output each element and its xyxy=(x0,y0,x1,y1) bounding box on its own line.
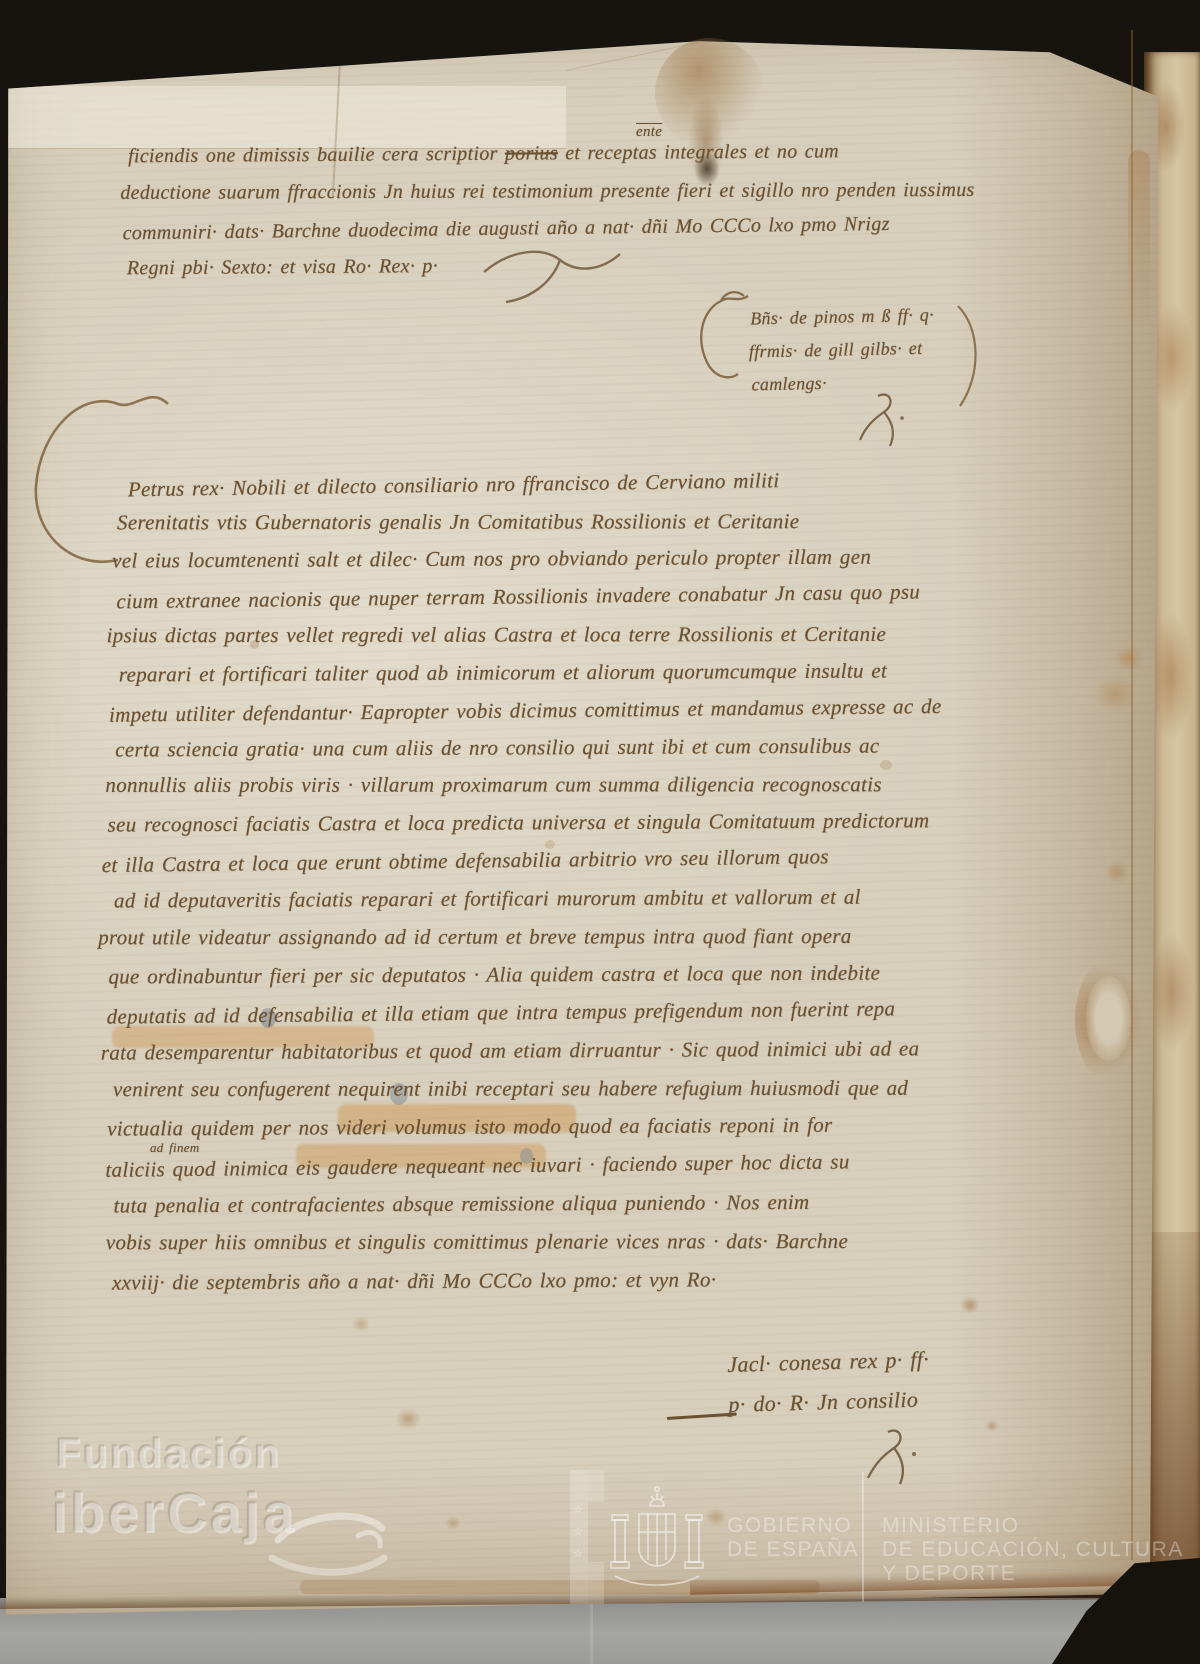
star-icon: ☆ xyxy=(573,1525,583,1538)
manuscript-scan: ente ficiendis one dimissis bauilie cera… xyxy=(0,0,1200,1664)
stain xyxy=(1105,860,1129,884)
signature-line: p· do· R· Jn consilio xyxy=(728,1387,918,1418)
closing-brace-icon xyxy=(952,302,986,412)
stain xyxy=(1150,932,1194,1052)
foxing-spot xyxy=(985,1420,999,1432)
ministerio-line2: DE EDUCACIÓN, CULTURA xyxy=(882,1538,1184,1562)
table-streak xyxy=(590,1598,593,1664)
manuscript-line: venirent seu confugerent nequirent inibi… xyxy=(113,1076,908,1102)
line-text: et receptas integrales et no cum xyxy=(558,140,839,164)
manuscript-line: deductione suarum ffraccionis Jn huius r… xyxy=(120,179,974,205)
manuscript-line: victualia quidem per nos videri volumus … xyxy=(107,1113,832,1142)
manuscript-line: certa sciencia gratia· una cum aliis de … xyxy=(115,734,879,763)
foxing-spot xyxy=(395,1408,421,1430)
ibercaja-logo-icon xyxy=(262,1498,394,1590)
star-icon: ☆ xyxy=(573,1503,583,1516)
manuscript-line: Regni pbi· Sexto: et visa Ro· Rex· p· xyxy=(127,255,438,280)
manuscript-line: rata desemparentur habitatoribus et quod… xyxy=(101,1036,920,1065)
pen-mark-icon xyxy=(850,392,910,450)
manuscript-line: ffrmis· de gill gilbs· et xyxy=(749,338,923,363)
gobierno-watermark: GOBIERNO DE ESPAÑA xyxy=(727,1514,859,1562)
pen-flourish-icon xyxy=(480,238,630,308)
manuscript-line: vobis super hiis omnibus et singulis com… xyxy=(106,1229,848,1255)
gobierno-line2: DE ESPAÑA xyxy=(727,1538,859,1562)
gobierno-line1: GOBIERNO xyxy=(727,1514,859,1538)
manuscript-line: taliciis quod inimica eis gaudere nequea… xyxy=(105,1149,849,1182)
manuscript-line: seu recognosci faciatis Castra et loca p… xyxy=(108,808,930,837)
manuscript-line: prout utile videatur assignando ad id ce… xyxy=(98,924,851,950)
foxing-spot xyxy=(445,1516,461,1530)
manuscript-line: Serenitatis vtis Gubernatoris genalis Jn… xyxy=(117,509,799,535)
ibercaja-watermark-line1: Fundación xyxy=(56,1430,281,1477)
manuscript-line: reparari et fortificari taliter quod ab … xyxy=(119,658,887,687)
manuscript-line: Petrus rex· Nobili et dilecto consiliari… xyxy=(128,468,780,502)
manuscript-line: cium extranee nacionis que nuper terram … xyxy=(116,580,920,615)
logo-flag-strip xyxy=(588,1562,604,1604)
manuscript-line: ad id deputaveritis faciatis reparari et… xyxy=(114,885,861,914)
foxing-spot xyxy=(352,1316,370,1332)
manuscript-line: et illa Castra et loca que erunt obtime … xyxy=(102,844,829,878)
foxing-spot xyxy=(705,1508,727,1526)
manuscript-line: camlengs· xyxy=(751,373,827,396)
letter-body-block: Petrus rex· Nobili et dilecto consiliari… xyxy=(94,469,1108,1319)
spain-coat-of-arms-icon xyxy=(607,1484,707,1590)
manuscript-line: tuta penalia et contrafacientes absque r… xyxy=(114,1190,810,1219)
folded-corner-patch xyxy=(6,86,566,149)
line-text: ficiendis one dimissis bauilie cera scri… xyxy=(128,143,505,168)
struck-word: porius xyxy=(505,142,558,164)
logo-divider xyxy=(862,1472,864,1602)
star-icon: ☆ xyxy=(573,1547,583,1560)
notarial-mark-icon xyxy=(858,1426,920,1488)
manuscript-line: ipsius dictas partes vellet regredi vel … xyxy=(107,622,887,648)
stain xyxy=(1114,645,1144,671)
manuscript-line: xxviij· die septembris año a nat· dñi Mo… xyxy=(112,1267,716,1295)
manuscript-line: nonnullis aliis probis viris · villarum … xyxy=(105,772,881,798)
opening-brace-icon xyxy=(690,286,754,382)
logo-flag-strip xyxy=(588,1470,604,1502)
manuscript-line: deputatis ad id defensabilia et illa eti… xyxy=(107,996,896,1029)
manuscript-line: que ordinabuntur fieri per sic deputatos… xyxy=(108,961,880,990)
ibercaja-watermark-line2: iberCaja xyxy=(52,1480,297,1545)
margin-rule-line xyxy=(1131,30,1133,1560)
manuscript-line: impetu utiliter defendantur· Eapropter v… xyxy=(109,694,942,728)
manuscript-line: Bñs· de pinos m ß ff· q· xyxy=(750,305,934,330)
interlinear-correction: ente xyxy=(636,124,662,141)
ministerio-watermark: MINISTERIO DE EDUCACIÓN, CULTURA Y DEPOR… xyxy=(882,1514,1184,1586)
ministerio-line3: Y DEPORTE xyxy=(882,1562,1184,1586)
interlinear-addition: ad finem xyxy=(150,1140,200,1156)
manuscript-line: vel eius locumtenenti salt et dilec· Cum… xyxy=(112,545,871,574)
ministerio-line1: MINISTERIO xyxy=(882,1514,1184,1538)
